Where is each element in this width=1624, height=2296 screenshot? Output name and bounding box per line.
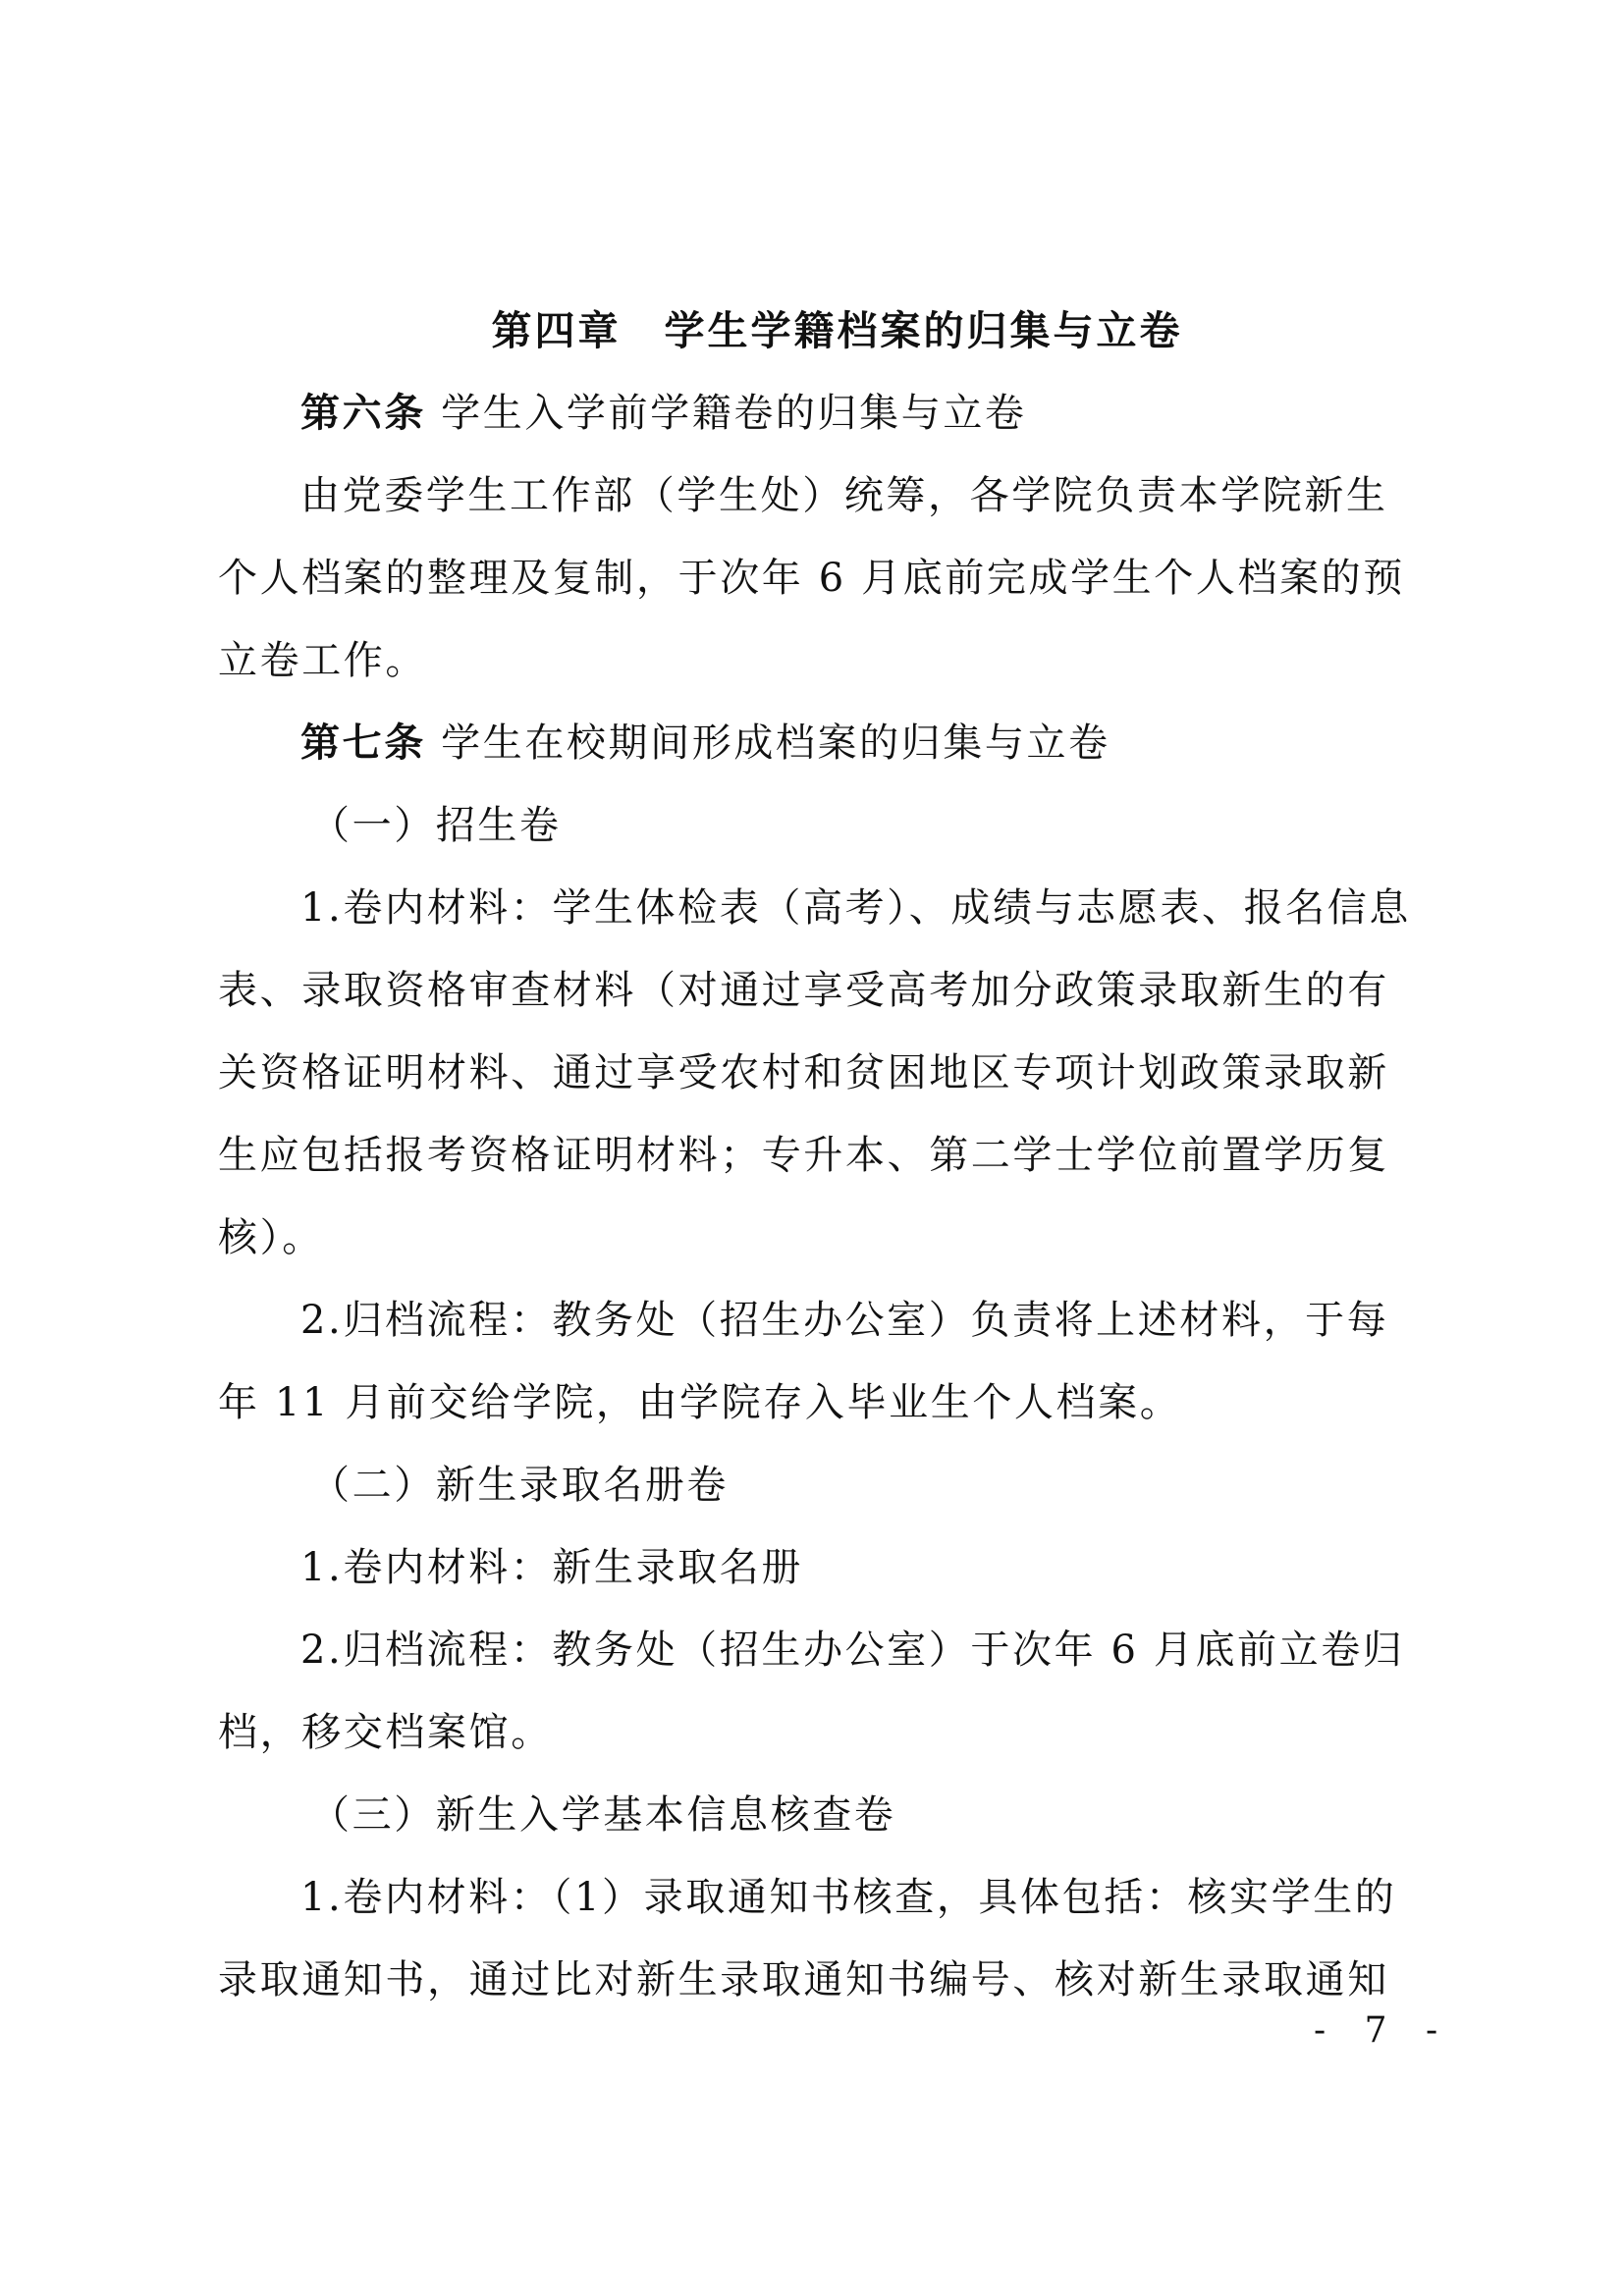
section-heading: （二）新生录取名册卷 [218, 1444, 1421, 1526]
paragraph-line: 表、录取资格审查材料（对通过享受高考加分政策录取新生的有 [218, 949, 1421, 1032]
paragraph-line: 2.归档流程：教务处（招生办公室）负责将上述材料，于每 [218, 1279, 1421, 1362]
paragraph-line: 核）。 [218, 1197, 1421, 1279]
paragraph-line: 录取通知书，通过比对新生录取通知书编号、核对新生录取通知 [218, 1939, 1421, 2021]
section-heading: （一）招生卷 [218, 784, 1421, 867]
article-7-title: 学生在校期间形成档案的归集与立卷 [426, 721, 1110, 766]
page-content: 第四章 学生学籍档案的归集与立卷 第六条 学生入学前学籍卷的归集与立卷 由党委学… [218, 290, 1421, 2021]
article-6-body-line: 由党委学生工作部（学生处）统筹，各学院负责本学院新生 [218, 454, 1421, 537]
page-number: - 7 - [1314, 2010, 1451, 2051]
section-heading: （三）新生入学基本信息核查卷 [218, 1774, 1421, 1856]
chapter-title: 第四章 学生学籍档案的归集与立卷 [253, 290, 1421, 372]
document-page: 第四章 学生学籍档案的归集与立卷 第六条 学生入学前学籍卷的归集与立卷 由党委学… [0, 0, 1624, 2296]
article-6-label: 第六条 [300, 391, 426, 436]
paragraph-line: 1.卷内材料：新生录取名册 [218, 1526, 1421, 1609]
article-6-title: 学生入学前学籍卷的归集与立卷 [426, 391, 1027, 436]
article-6-body-line: 立卷工作。 [218, 619, 1421, 702]
paragraph-line: 1.卷内材料：学生体检表（高考）、成绩与志愿表、报名信息 [218, 867, 1421, 949]
paragraph-line: 生应包括报考资格证明材料；专升本、第二学士学位前置学历复 [218, 1114, 1421, 1197]
paragraph-line: 档，移交档案馆。 [218, 1691, 1421, 1774]
paragraph-line: 2.归档流程：教务处（招生办公室）于次年 6 月底前立卷归 [218, 1609, 1421, 1691]
article-6-body-line: 个人档案的整理及复制，于次年 6 月底前完成学生个人档案的预 [218, 537, 1421, 619]
article-7-label: 第七条 [300, 721, 426, 766]
paragraph-line: 1.卷内材料：（1）录取通知书核查，具体包括：核实学生的 [218, 1856, 1421, 1939]
paragraph-line: 年 11 月前交给学院，由学院存入毕业生个人档案。 [218, 1362, 1421, 1444]
paragraph-line: 关资格证明材料、通过享受农村和贫困地区专项计划政策录取新 [218, 1032, 1421, 1114]
article-6-heading: 第六条 学生入学前学籍卷的归集与立卷 [218, 372, 1421, 454]
article-7-heading: 第七条 学生在校期间形成档案的归集与立卷 [218, 702, 1421, 784]
